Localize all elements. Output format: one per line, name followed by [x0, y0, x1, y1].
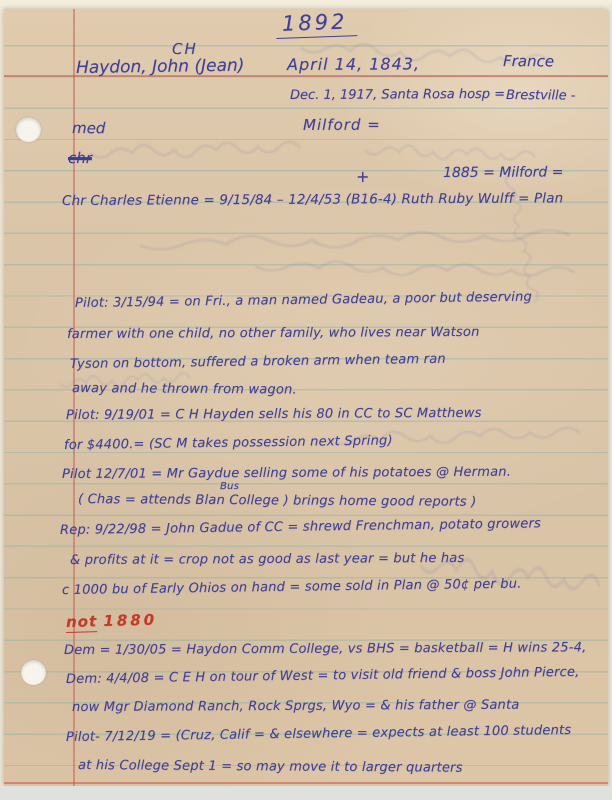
- year-heading: 1892: [276, 9, 358, 39]
- residence-note: Milford =: [303, 116, 381, 134]
- red-footer-rule: [4, 782, 608, 784]
- birth-place: France: [503, 52, 554, 70]
- red-note-year: 1880: [103, 611, 157, 630]
- med-abbrev: med: [72, 119, 105, 137]
- note-pilot-1901-l1: Pilot: 9/19/01 = C H Hayden sells his 80…: [66, 406, 482, 423]
- note-pilot-1919-l2: at his College Sept 1 = so may move it t…: [78, 758, 463, 776]
- note-dem-1905: Dem = 1/30/05 = Haydon Comm College, vs …: [64, 640, 586, 658]
- scanned-note-page: 1892 CH Haydon, John (Jean) April 14, 18…: [0, 0, 612, 800]
- note-pilot-dec1901-l2: ( Chas = attends Blan College ) brings h…: [78, 492, 476, 510]
- college-insert-word: Bus: [220, 481, 239, 492]
- red-correction-note: not 1880: [66, 611, 158, 631]
- note-pilot-1894-l4: away and he thrown from wagon.: [72, 381, 297, 398]
- child-record-line: Chr Charles Etienne = 9/15/84 – 12/4/53 …: [62, 191, 563, 209]
- death-place: Brestville -: [506, 88, 576, 103]
- note-dem-1908-l2: now Mgr Diamond Ranch, Rock Sprgs, Wyo =…: [72, 698, 520, 715]
- birth-date: April 14, 1843,: [287, 54, 420, 74]
- red-note-word: not: [66, 612, 98, 633]
- marriage-symbol: +: [356, 167, 370, 186]
- hole-punch-bottom: [21, 660, 46, 685]
- person-name: Haydon, John (Jean): [76, 56, 245, 78]
- hole-punch-top: [16, 117, 41, 142]
- death-date: Dec. 1, 1917, Santa Rosa hosp =: [290, 87, 505, 103]
- note-rep-1898-l2: & profits at it = crop not as good as la…: [70, 551, 464, 568]
- marriage-year-place: 1885 = Milford =: [443, 164, 564, 181]
- initials-note: CH: [172, 40, 198, 58]
- chr-abbrev-struck: chr: [68, 149, 92, 167]
- scan-background-strip: [0, 786, 612, 800]
- note-pilot-dec1901-l1: Pilot 12/7/01 = Mr Gaydue selling some o…: [62, 465, 511, 482]
- note-pilot-1894-l2: farmer with one child, no other family, …: [67, 325, 480, 342]
